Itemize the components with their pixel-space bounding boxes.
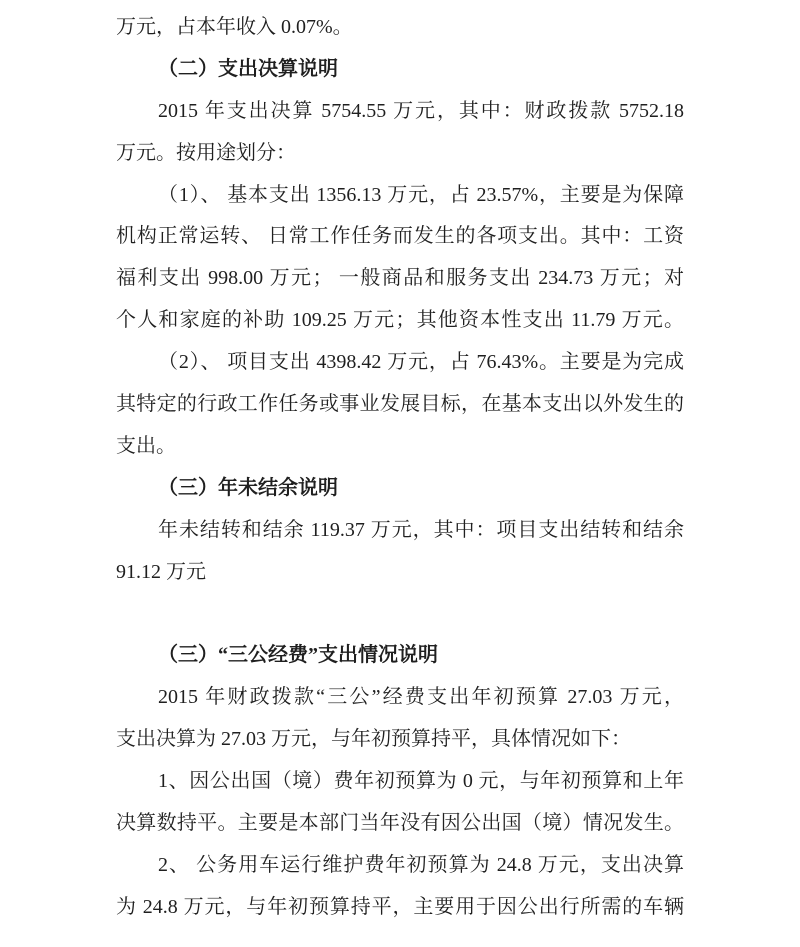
text-line: 其特定的行政工作任务或事业发展目标，在基本支出以外发生的 <box>116 384 684 426</box>
text-line: 2015 年支出决算 5754.55 万元，其中：财政拨款 5752.18 <box>116 91 684 133</box>
document-page: 万元，占本年收入 0.07%。 （二）支出决算说明 2015 年支出决算 575… <box>0 0 800 947</box>
text-line: 个人和家庭的补助 109.25 万元；其他资本性支出 11.79 万元。 <box>116 300 684 342</box>
text-line: （1）、 基本支出 1356.13 万元，占 23.57%，主要是为保障 <box>116 175 684 217</box>
text-line: 决算数持平。主要是本部门当年没有因公出国（境）情况发生。 <box>116 803 684 845</box>
text-line: 支出决算为 27.03 万元，与年初预算持平，具体情况如下： <box>116 719 684 761</box>
text-line: 万元。按用途划分： <box>116 133 684 175</box>
text-line: 机构正常运转、 日常工作任务而发生的各项支出。其中：工资 <box>116 216 684 258</box>
heading-year-end-balance: （三）年未结余说明 <box>116 468 684 510</box>
text-line: 年未结转和结余 119.37 万元，其中：项目支出结转和结余 <box>116 510 684 552</box>
text-line: 福利支出 998.00 万元； 一般商品和服务支出 234.73 万元；对 <box>116 258 684 300</box>
heading-three-public-expenses: （三）“三公经费”支出情况说明 <box>116 635 684 677</box>
text-line: 2015 年财政拨款“三公”经费支出年初预算 27.03 万元， <box>116 677 684 719</box>
text-block: 万元，占本年收入 0.07%。 （二）支出决算说明 2015 年支出决算 575… <box>116 7 684 929</box>
text-line: 2、 公务用车运行维护费年初预算为 24.8 万元，支出决算 <box>116 845 684 887</box>
blank-line <box>116 593 684 635</box>
text-line: 万元，占本年收入 0.07%。 <box>116 7 684 49</box>
text-line: 支出。 <box>116 426 684 468</box>
text-line: 91.12 万元 <box>116 552 684 594</box>
text-line: （2）、 项目支出 4398.42 万元，占 76.43%。主要是为完成 <box>116 342 684 384</box>
text-line: 1、因公出国（境）费年初预算为 0 元，与年初预算和上年 <box>116 761 684 803</box>
text-line: 为 24.8 万元，与年初预算持平，主要用于因公出行所需的车辆 <box>116 887 684 929</box>
heading-expenditure-explanation: （二）支出决算说明 <box>116 49 684 91</box>
